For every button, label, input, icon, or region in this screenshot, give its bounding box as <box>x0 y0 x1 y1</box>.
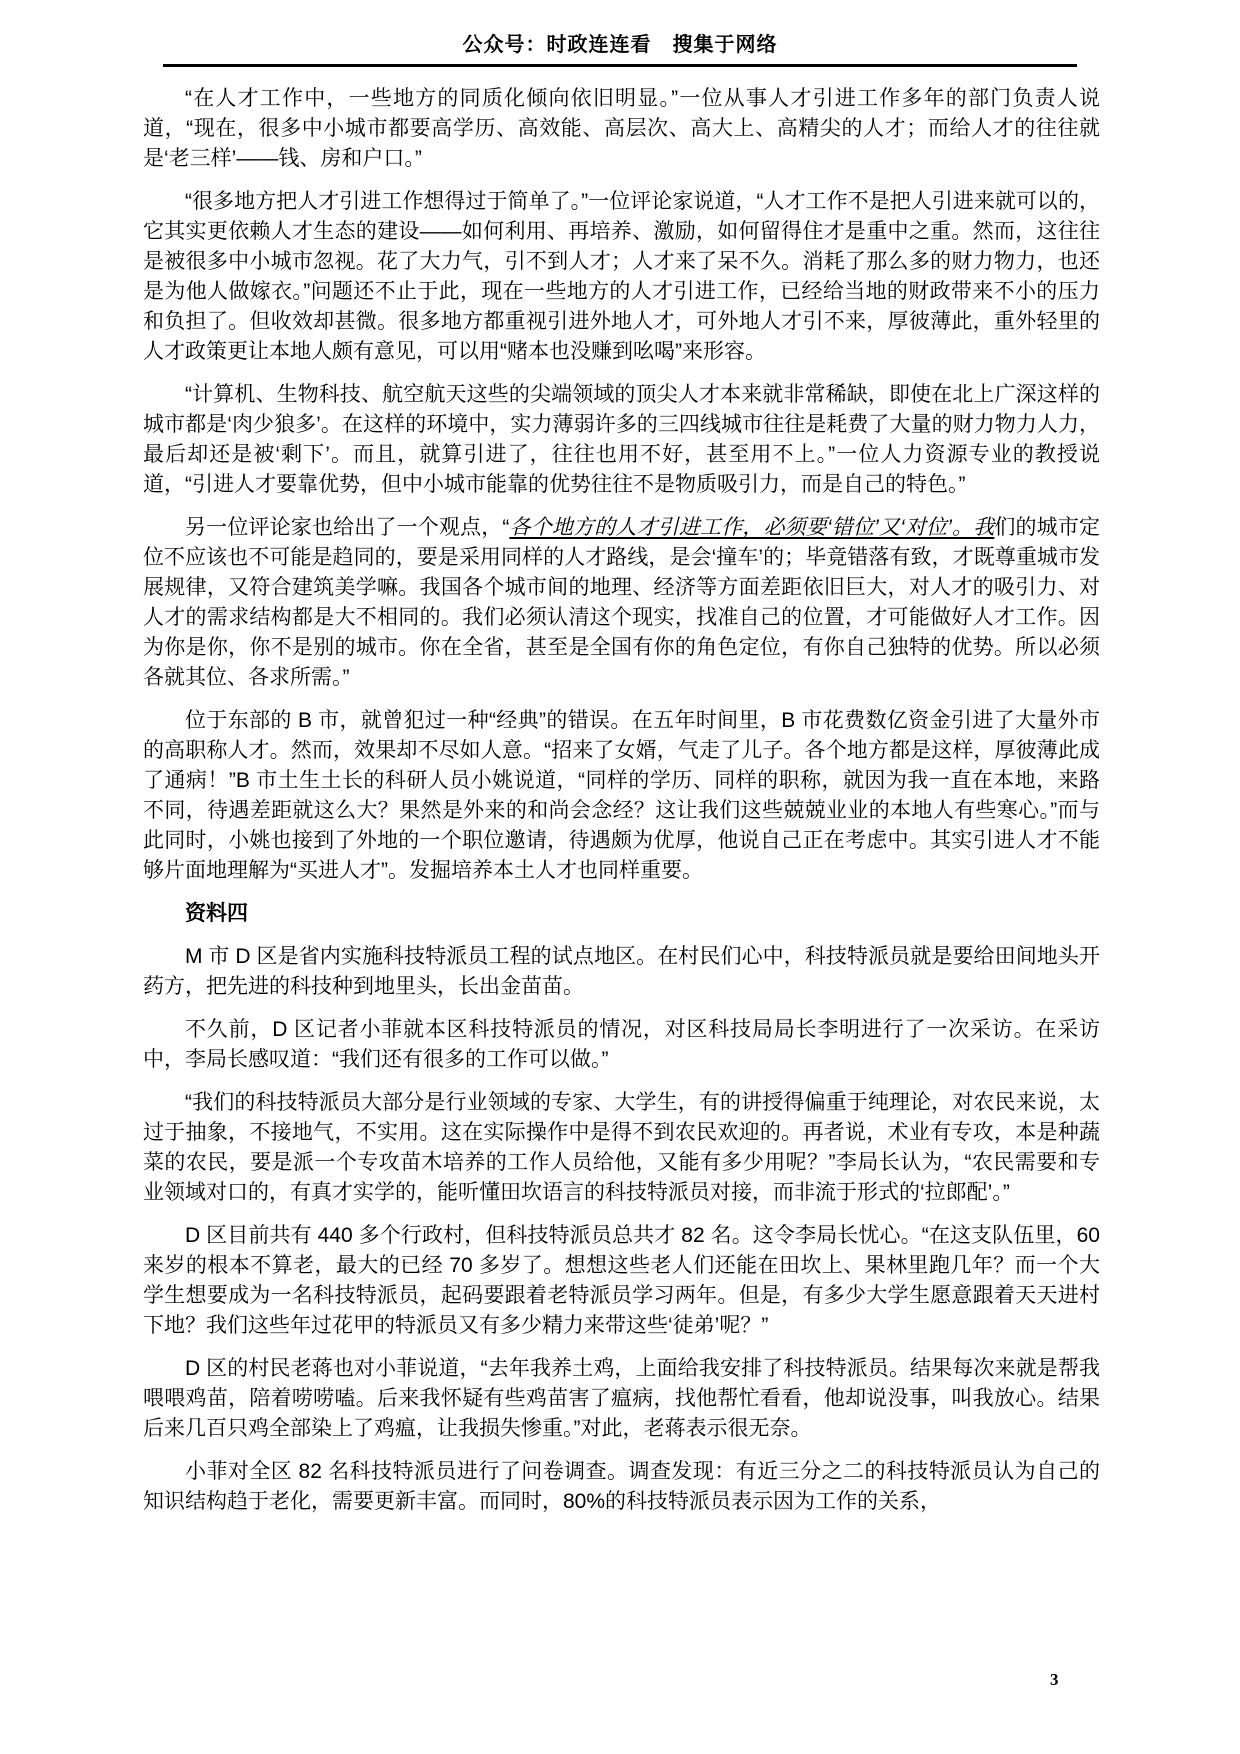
paragraph-villager-lao-jiang: D 区的村民老蒋也对小菲说道，“去年我养土鸡，上面给我安排了科技特派员。结果每次… <box>143 1354 1100 1444</box>
document-page: 公众号：时政连连看 搜集于网络 “在人才工作中，一些地方的同质化倾向依旧明显。”… <box>0 0 1240 1754</box>
document-body: “在人才工作中，一些地方的同质化倾向依旧明显。”一位从事人才引进工作多年的部门负… <box>143 84 1100 1530</box>
paragraph-commentator-ecosystem: “很多地方把人才引进工作想得过于简单了。”一位评论家说道，“人才工作不是把人引进… <box>143 187 1100 367</box>
paragraph-professor-top-talent: “计算机、生物科技、航空航天这些的尖端领域的顶尖人才本来就非常稀缺，即使在北上广… <box>143 380 1100 500</box>
paragraph-reporter-interview: 不久前，D 区记者小菲就本区科技特派员的情况，对区科技局局长李明进行了一次采访。… <box>143 1015 1100 1075</box>
paragraph-commentator-positioning: 另一位评论家也给出了一个观点，“各个地方的人才引进工作，必须要‘错位’又‘对位’… <box>143 513 1100 693</box>
underlined-key-sentence: 各个地方的人才引进工作，必须要‘错位’又‘对位’。我 <box>509 516 994 539</box>
paragraph-director-li-opinion: “我们的科技特派员大部分是行业领域的专家、大学生，有的讲授得偏重于纯理论，对农民… <box>143 1088 1100 1208</box>
key-sentence-suffix: 们的城市定位不应该也不可能是趋同的，要是采用同样的人才路线，是会‘撞车’的；毕竟… <box>143 516 1100 689</box>
paragraph-city-b-mistake: 位于东部的 B 市，就曾犯过一种“经典”的错误。在五年时间里，B 市花费数亿资金… <box>143 706 1100 886</box>
paragraph-survey-results: 小菲对全区 82 名科技特派员进行了问卷调查。调查发现：有近三分之二的科技特派员… <box>143 1457 1100 1517</box>
paragraph-d-district-statistics: D 区目前共有 440 多个行政村，但科技特派员总共才 82 名。这令李局长忧心… <box>143 1221 1100 1341</box>
paragraph-m-city-d-district-intro: M 市 D 区是省内实施科技特派员工程的试点地区。在村民们心中，科技特派员就是要… <box>143 942 1100 1002</box>
section-heading-material-4: 资料四 <box>143 899 1100 929</box>
key-sentence-prefix: 另一位评论家也给出了一个观点，“ <box>185 516 509 539</box>
page-number: 3 <box>1050 1670 1059 1690</box>
page-header-title: 公众号：时政连连看 搜集于网络 <box>163 32 1077 67</box>
paragraph-talent-homogenization: “在人才工作中，一些地方的同质化倾向依旧明显。”一位从事人才引进工作多年的部门负… <box>143 84 1100 174</box>
